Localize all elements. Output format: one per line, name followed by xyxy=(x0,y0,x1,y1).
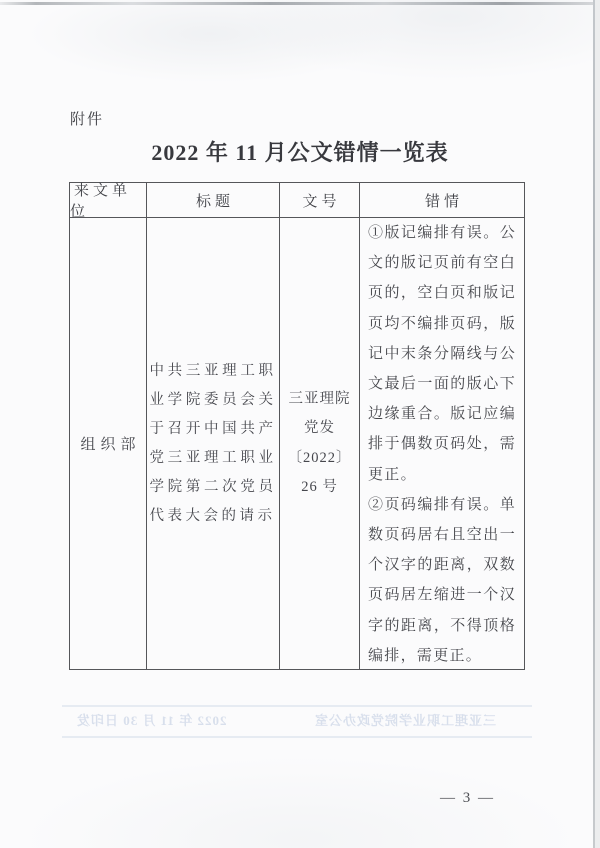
doc-number-line: 〔2022〕 xyxy=(280,444,359,474)
doc-number-line: 党发 xyxy=(280,414,359,444)
scan-right-edge-line xyxy=(593,0,595,848)
doc-title-text: 中共三亚理工职业学院委员会关于召开中国共产党三亚理工职业学院第二次党员代表大会的… xyxy=(150,357,277,531)
doc-number-line: 26 号 xyxy=(280,473,359,503)
doc-number-text: 三亚理院 党发 〔2022〕 26 号 xyxy=(280,385,359,503)
bleed-through-rule-bottom xyxy=(62,736,532,738)
attachment-label: 附件 xyxy=(70,108,104,129)
cell-errors: ①版记编排有误。公文的版记页前有空白页的，空白页和版记页均不编排页码，版记中末条… xyxy=(360,218,524,669)
error-item-2: ②页码编排有误。单数页码居右且空出一个汉字的距离，双数页码居左缩进一个汉字的距离… xyxy=(368,490,516,671)
error-table: 来文单位 标题 文号 错情 组织部 中共三亚理工职业学院委员会关于召开中国共产党… xyxy=(69,182,525,670)
header-cell-title: 标题 xyxy=(147,183,280,217)
scan-right-margin xyxy=(595,0,600,848)
cell-doc-title: 中共三亚理工职业学院委员会关于召开中国共产党三亚理工职业学院第二次党员代表大会的… xyxy=(147,218,280,669)
header-cell-doc-number: 文号 xyxy=(280,183,360,217)
doc-number-line: 三亚理院 xyxy=(280,385,359,415)
bleed-through-office-name: 三亚理工职业学院党政办公室 xyxy=(314,711,496,731)
cell-doc-number: 三亚理院 党发 〔2022〕 26 号 xyxy=(280,218,360,669)
table-row: 组织部 中共三亚理工职业学院委员会关于召开中国共产党三亚理工职业学院第二次党员代… xyxy=(70,218,524,669)
cell-source-unit: 组织部 xyxy=(70,218,147,669)
bleed-through-rule-top xyxy=(62,705,532,707)
table-header-row: 来文单位 标题 文号 错情 xyxy=(70,183,524,218)
header-cell-errors: 错情 xyxy=(360,183,524,217)
header-cell-source-unit: 来文单位 xyxy=(70,183,147,217)
bleed-through-print-date: 2022 年 11 月 30 日印发 xyxy=(76,711,227,731)
error-item-1: ①版记编排有误。公文的版记页前有空白页的，空白页和版记页均不编排页码，版记中末条… xyxy=(368,218,516,490)
scanned-page: 附件 2022 年 11 月公文错情一览表 来文单位 标题 文号 错情 组织部 … xyxy=(0,0,600,848)
scan-top-edge-artifact xyxy=(0,2,600,5)
page-number: — 3 — xyxy=(440,790,495,807)
page-title: 2022 年 11 月公文错情一览表 xyxy=(0,136,600,167)
